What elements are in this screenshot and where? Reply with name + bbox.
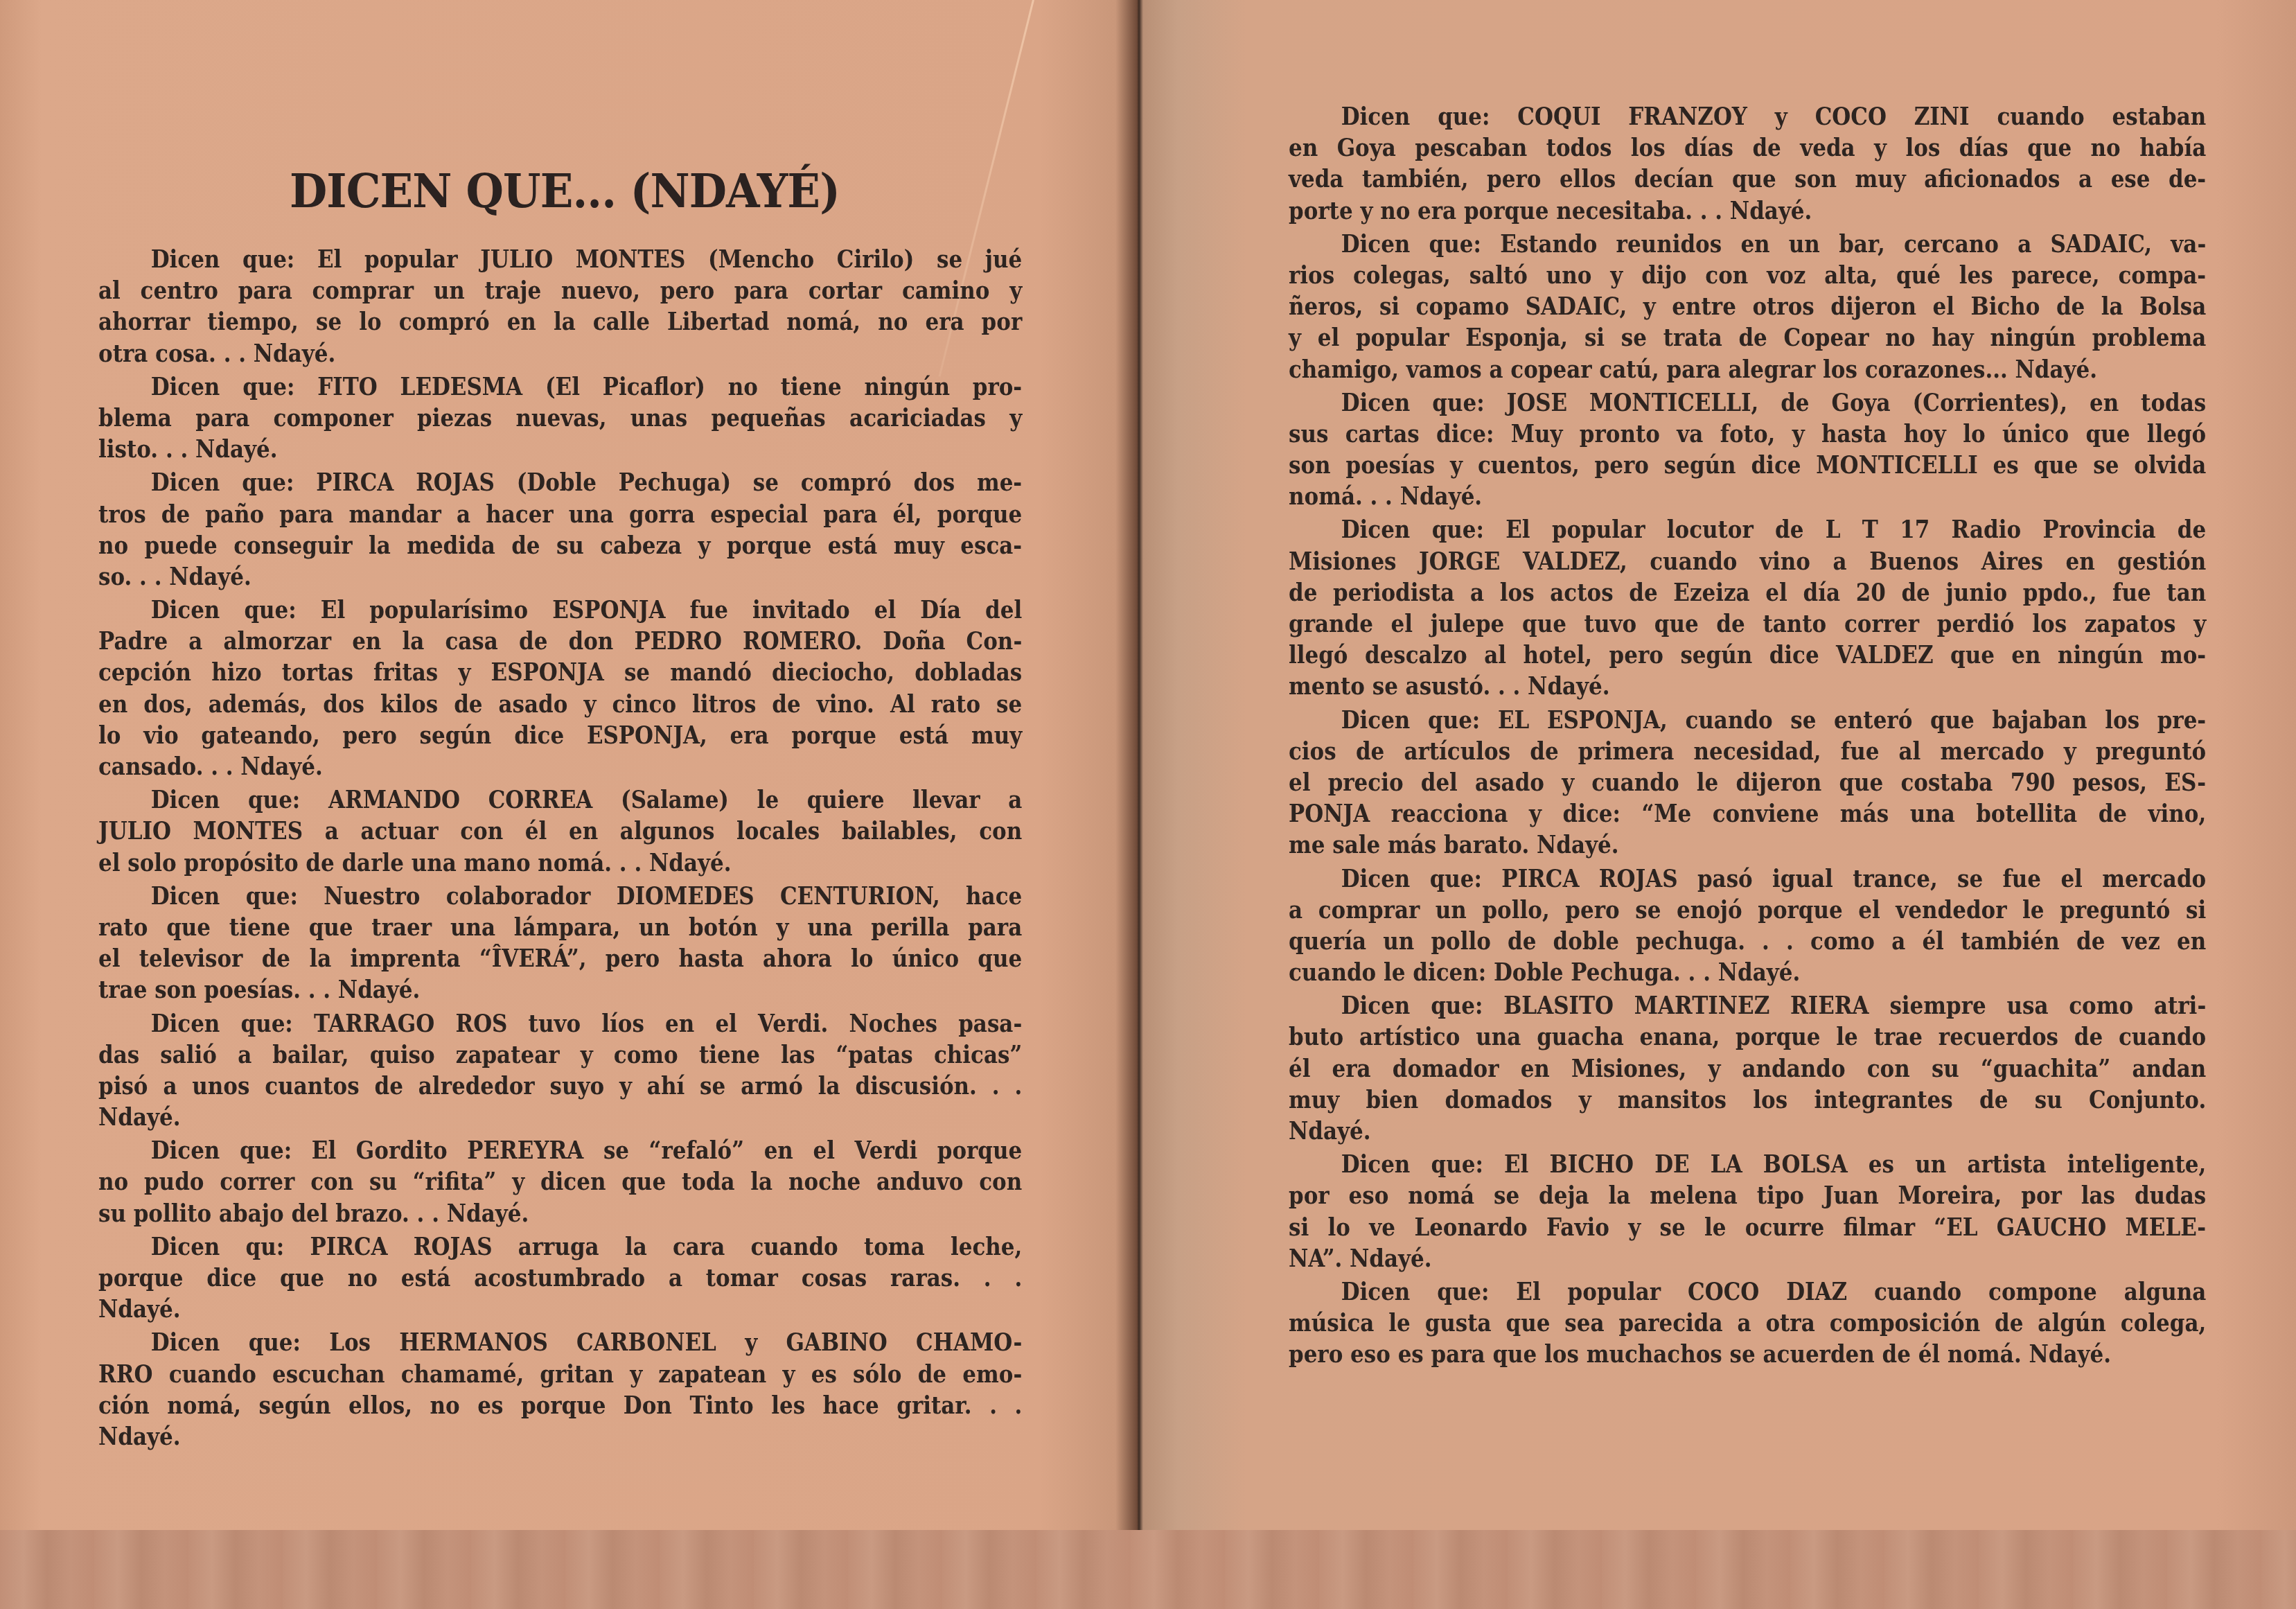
text-line: cios de artículos de primera necesidad, … [1289,736,2206,767]
text-line: JULIO MONTES a actuar con él en algunos … [98,816,1022,847]
paragraph: Dicen que: El popular COCO DIAZ cuando c… [1289,1276,2206,1371]
text-line: cuando le dicen: Doble Pechuga. . . Nday… [1289,957,2206,988]
text-line: son poesías y cuentos, pero según dice M… [1289,450,2206,481]
paragraph: Dicen que: El popularísimo ESPONJA fue i… [98,595,1022,782]
text-line: porque dice que no está acostumbrado a t… [98,1263,1022,1294]
text-line: Ndayé. [98,1294,1022,1325]
paragraph: Dicen que: Nuestro colaborador DIOMEDES … [98,881,1022,1006]
paragraph: Dicen que: PIRCA ROJAS pasó igual trance… [1289,863,2206,989]
text-line: veda también, pero ellos decían que son … [1289,164,2206,195]
text-line: Dicen que: El Gordito PEREYRA se “refaló… [98,1135,1022,1166]
text-line: Dicen que: Nuestro colaborador DIOMEDES … [98,881,1022,912]
text-line: Misiones JORGE VALDEZ, cuando vino a Bue… [1289,546,2206,577]
text-line: a comprar un pollo, pero se enojó porque… [1289,895,2206,926]
text-line: sus cartas dice: Muy pronto va foto, y h… [1289,419,2206,450]
text-line: Dicen que: El BICHO DE LA BOLSA es un ar… [1289,1149,2206,1180]
text-line: Dicen que: ARMANDO CORREA (Salame) le qu… [98,784,1022,816]
text-line: Dicen que: El popular locutor de L T 17 … [1289,514,2206,545]
text-line: Dicen que: EL ESPONJA, cuando se enteró … [1289,705,2206,736]
paragraph: Dicen que: EL ESPONJA, cuando se enteró … [1289,705,2206,861]
text-line: mento se asustó. . . Ndayé. [1289,671,2206,702]
text-line: música le gusta que sea parecida a otra … [1289,1308,2206,1339]
text-line: so. . . Ndayé. [98,561,1022,592]
paragraph: Dicen qu: PIRCA ROJAS arruga la cara cua… [98,1231,1022,1326]
text-line: chamigo, vamos a copear catú, para alegr… [1289,354,2206,385]
page-title: DICEN QUE... (NDAYÉ) [290,164,840,219]
text-line: das salió a bailar, quiso zapatear y com… [98,1039,1022,1071]
text-line: Dicen que: TARRAGO ROS tuvo líos en el V… [98,1008,1022,1039]
text-line: Dicen que: BLASITO MARTINEZ RIERA siempr… [1289,990,2206,1021]
text-line: Dicen que: JOSE MONTICELLI, de Goya (Cor… [1289,387,2206,419]
text-line: PONJA reacciona y dice: “Me conviene más… [1289,798,2206,829]
text-line: ahorrar tiempo, se lo compró en la calle… [98,306,1022,337]
paragraph: Dicen que: BLASITO MARTINEZ RIERA siempr… [1289,990,2206,1147]
text-line: buto artístico una guacha enana, porque … [1289,1021,2206,1053]
text-line: grande el julepe que tuvo que de tanto c… [1289,608,2206,640]
text-line: al centro para comprar un traje nuevo, p… [98,275,1022,306]
text-line: Padre a almorzar en la casa de don PEDRO… [98,626,1022,657]
text-line: rato que tiene que traer una lámpara, un… [98,912,1022,943]
paragraph: Dicen que: El popular locutor de L T 17 … [1289,514,2206,702]
paragraph: Dicen que: COQUI FRANZOY y COCO ZINI cua… [1289,101,2206,227]
text-line: blema para componer piezas nuevas, unas … [98,403,1022,434]
text-line: Ndayé. [98,1102,1022,1133]
text-line: Dicen que: Estando reunidos en un bar, c… [1289,229,2206,260]
text-line: ción nomá, según ellos, no es porque Don… [98,1390,1022,1421]
text-line: tros de paño para mandar a hacer una gor… [98,499,1022,530]
text-line: otra cosa. . . Ndayé. [98,338,1022,369]
paragraph: Dicen que: Estando reunidos en un bar, c… [1289,229,2206,385]
text-line: Dicen que: PIRCA ROJAS pasó igual trance… [1289,863,2206,895]
text-line: él era domador en Misiones, y andando co… [1289,1053,2206,1084]
text-line: pero eso es para que los muchachos se ac… [1289,1339,2206,1370]
text-line: cansado. . . Ndayé. [98,751,1022,782]
text-line: Ndayé. [98,1421,1022,1452]
text-line: Dicen que: FITO LEDESMA (El Picaflor) no… [98,371,1022,403]
text-line: Dicen que: PIRCA ROJAS (Doble Pechuga) s… [98,467,1022,498]
text-line: trae son poesías. . . Ndayé. [98,974,1022,1005]
text-line: lo vio gateando, pero según dice ESPONJA… [98,720,1022,751]
text-line: Dicen qu: PIRCA ROJAS arruga la cara cua… [98,1231,1022,1263]
paragraph: Dicen que: El BICHO DE LA BOLSA es un ar… [1289,1149,2206,1274]
text-line: Dicen que: COQUI FRANZOY y COCO ZINI cua… [1289,101,2206,132]
text-line: Dicen que: El popularísimo ESPONJA fue i… [98,595,1022,626]
text-line: RRO cuando escuchan chamamé, gritan y za… [98,1359,1022,1390]
text-line: Dicen que: Los HERMANOS CARBONEL y GABIN… [98,1327,1022,1358]
paragraph: Dicen que: PIRCA ROJAS (Doble Pechuga) s… [98,467,1022,592]
left-page-body: Dicen que: El popular JULIO MONTES (Menc… [98,244,1022,1454]
text-line: ñeros, si copamo SADAIC, y entre otros d… [1289,291,2206,322]
paragraph: Dicen que: TARRAGO ROS tuvo líos en el V… [98,1008,1022,1134]
paragraph: Dicen que: FITO LEDESMA (El Picaflor) no… [98,371,1022,466]
paragraph: Dicen que: El Gordito PEREYRA se “refaló… [98,1135,1022,1229]
text-line: me sale más barato. Ndayé. [1289,829,2206,861]
text-line: nomá. . . Ndayé. [1289,481,2206,512]
text-line: pisó a unos cuantos de alrededor suyo y … [98,1071,1022,1102]
text-line: Dicen que: El popular JULIO MONTES (Menc… [98,244,1022,275]
text-line: y el popular Esponja, si se trata de Cop… [1289,322,2206,353]
text-line: de periodista a los actos de Ezeiza el d… [1289,577,2206,608]
text-line: listo. . . Ndayé. [98,434,1022,465]
paragraph: Dicen que: JOSE MONTICELLI, de Goya (Cor… [1289,387,2206,513]
paragraph: Dicen que: ARMANDO CORREA (Salame) le qu… [98,784,1022,879]
text-line: quería un pollo de doble pechuga. . . co… [1289,926,2206,957]
text-line: NA”. Ndayé. [1289,1243,2206,1274]
text-line: muy bien domados y mansitos los integran… [1289,1084,2206,1116]
text-line: no pudo correr con su “rifita” y dicen q… [98,1166,1022,1197]
text-line: en dos, además, dos kilos de asado y cin… [98,689,1022,720]
text-line: el solo propósito de darle una mano nomá… [98,847,1022,879]
text-line: por eso nomá se deja la melena tipo Juan… [1289,1180,2206,1211]
text-line: rios colegas, saltó uno y dijo con voz a… [1289,260,2206,291]
text-line: porte y no era porque necesitaba. . . Nd… [1289,195,2206,227]
text-line: Ndayé. [1289,1116,2206,1147]
paragraph: Dicen que: Los HERMANOS CARBONEL y GABIN… [98,1327,1022,1452]
text-line: llegó descalzo al hotel, pero según dice… [1289,640,2206,671]
paragraph: Dicen que: El popular JULIO MONTES (Menc… [98,244,1022,369]
text-line: si lo ve Leonardo Favio y se le ocurre f… [1289,1212,2206,1243]
text-line: no puede conseguir la medida de su cabez… [98,530,1022,561]
text-line: cepción hizo tortas fritas y ESPONJA se … [98,657,1022,688]
text-line: el televisor de la imprenta “ÎVERÁ”, per… [98,943,1022,974]
text-line: Dicen que: El popular COCO DIAZ cuando c… [1289,1276,2206,1308]
text-line: el precio del asado y cuando le dijeron … [1289,767,2206,798]
text-line: su pollito abajo del brazo. . . Ndayé. [98,1198,1022,1229]
right-page-body: Dicen que: COQUI FRANZOY y COCO ZINI cua… [1289,101,2206,1373]
text-line: en Goya pescaban todos los días de veda … [1289,132,2206,164]
scan-bottom-band [0,1530,2296,1609]
